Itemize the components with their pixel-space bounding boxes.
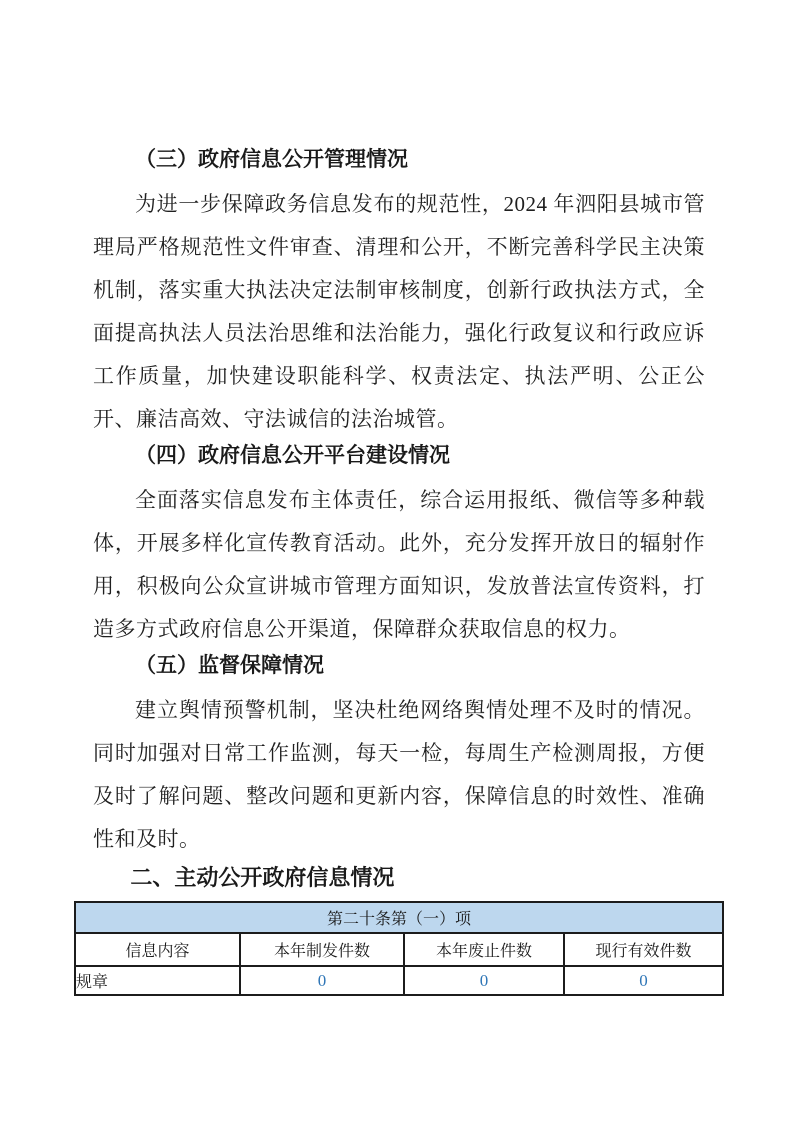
- table-header-row: 信息内容 本年制发件数 本年废止件数 现行有效件数: [75, 933, 723, 966]
- table-title: 第二十条第（一）项: [75, 902, 723, 933]
- disclosure-stats-table: 第二十条第（一）项 信息内容 本年制发件数 本年废止件数 现行有效件数 规章 0…: [74, 901, 724, 996]
- table-row: 规章 0 0 0: [75, 966, 723, 995]
- section-heading-4: （四）政府信息公开平台建设情况: [93, 441, 705, 471]
- section-heading-3: （三）政府信息公开管理情况: [93, 145, 705, 175]
- section-body-4: 全面落实信息发布主体责任，综合运用报纸、微信等多种载体，开展多样化宣传教育活动。…: [93, 479, 705, 651]
- column-header-info-content: 信息内容: [75, 933, 240, 966]
- table-title-row: 第二十条第（一）项: [75, 902, 723, 933]
- column-header-issued-this-year: 本年制发件数: [240, 933, 404, 966]
- column-header-currently-effective: 现行有效件数: [564, 933, 723, 966]
- row-label-regulations: 规章: [75, 966, 240, 995]
- section-body-5: 建立舆情预警机制，坚决杜绝网络舆情处理不及时的情况。同时加强对日常工作监测，每天…: [93, 689, 705, 861]
- value-issued-this-year: 0: [240, 966, 404, 995]
- value-currently-effective: 0: [564, 966, 723, 995]
- section-body-3: 为进一步保障政务信息发布的规范性，2024 年泗阳县城市管理局严格规范性文件审查…: [93, 183, 705, 441]
- document-page: （三）政府信息公开管理情况 为进一步保障政务信息发布的规范性，2024 年泗阳县…: [0, 0, 792, 1122]
- major-heading-active-disclosure: 二、主动公开政府信息情况: [93, 863, 705, 893]
- page-content: （三）政府信息公开管理情况 为进一步保障政务信息发布的规范性，2024 年泗阳县…: [0, 0, 792, 996]
- section-heading-5: （五）监督保障情况: [93, 651, 705, 681]
- value-repealed-this-year: 0: [404, 966, 564, 995]
- column-header-repealed-this-year: 本年废止件数: [404, 933, 564, 966]
- disclosure-table-container: 第二十条第（一）项 信息内容 本年制发件数 本年废止件数 现行有效件数 规章 0…: [74, 901, 722, 996]
